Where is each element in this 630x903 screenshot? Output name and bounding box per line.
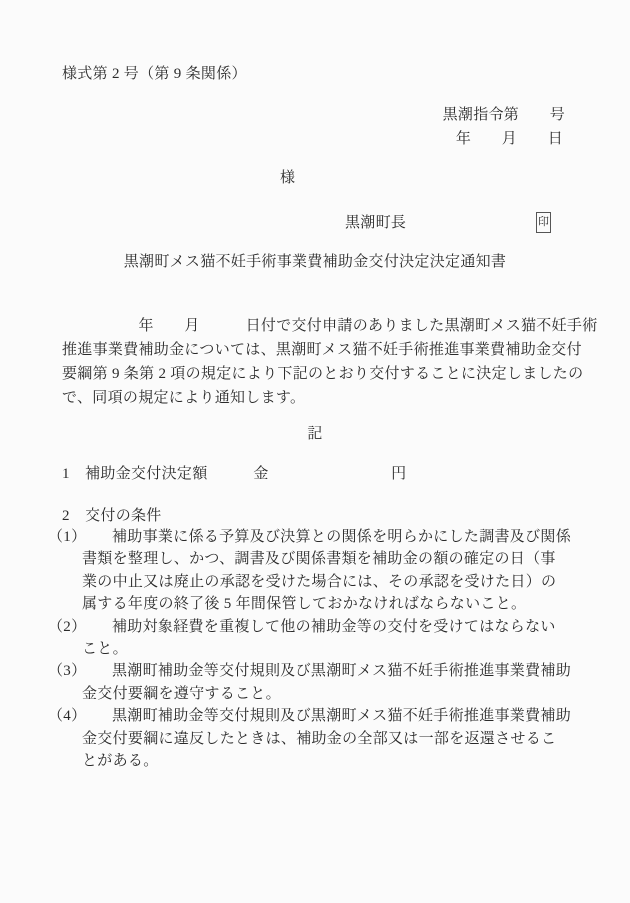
document-title: 黒潮町メス猫不妊手術事業費補助金交付決定決定通知書 (0, 252, 630, 272)
directive-number-line: 黒潮指令第 号 (443, 105, 565, 125)
addressee-honorific: 様 (280, 168, 295, 188)
condition-marker: （3） (48, 660, 95, 682)
body-line: で、同項の規定により通知します。 (62, 386, 592, 410)
body-line: 推進事業費補助金については、黒潮町メス猫不妊手術推進事業費補助金交付 (62, 338, 592, 362)
conditions-list: （1）補助事業に係る予算及び決算との関係を明らかにした調書及び関係 書類を整理し… (48, 526, 608, 772)
body-line: 要綱第 9 条第 2 項の規定により下記のとおり交付することに決定しましたの (62, 362, 592, 386)
condition-marker: （1） (48, 526, 95, 548)
item-conditions-heading: 2 交付の条件 (62, 506, 162, 526)
condition-line: 属する年度の終了後 5 年間保管しておかなければならないこと。 (82, 593, 608, 615)
form-number: 様式第 2 号（第 9 条関係） (62, 64, 247, 84)
condition-line: こと。 (82, 638, 608, 660)
sender-title: 黒潮町長 (345, 213, 406, 233)
condition-text: 黒潮町補助金等交付規則及び黒潮町メス猫不妊手術推進事業費補助 (112, 663, 571, 679)
condition-marker: （4） (48, 705, 95, 727)
condition-line: 金交付要綱を遵守すること。 (82, 683, 608, 705)
document-page: 様式第 2 号（第 9 条関係） 黒潮指令第 号 年 月 日 様 黒潮町長 印 … (0, 0, 630, 903)
condition-line: とがある。 (82, 750, 608, 772)
condition-line: （4）黒潮町補助金等交付規則及び黒潮町メス猫不妊手術推進事業費補助 (48, 705, 608, 727)
date-line: 年 月 日 (456, 129, 563, 149)
body-paragraph: 年 月 日付で交付申請のありました黒潮町メス猫不妊手術 推進事業費補助金について… (62, 314, 592, 410)
seal-stamp-box: 印 (536, 212, 551, 233)
item-grant-amount: 1 補助金交付決定額 金 円 (62, 464, 406, 484)
condition-marker: （2） (48, 616, 95, 638)
body-line: 年 月 日付で交付申請のありました黒潮町メス猫不妊手術 (62, 314, 592, 338)
condition-line: 書類を整理し、かつ、調書及び関係書類を補助金の額の確定の日（事 (82, 548, 608, 570)
seal-character: 印 (538, 217, 549, 228)
condition-line: 金交付要綱に違反したときは、補助金の全部又は一部を返還させるこ (82, 728, 608, 750)
condition-line: （1）補助事業に係る予算及び決算との関係を明らかにした調書及び関係 (48, 526, 608, 548)
condition-line: （2）補助対象経費を重複して他の補助金等の交付を受けてはならない (48, 616, 608, 638)
condition-line: 業の中止又は廃止の承認を受けた場合には、その承認を受けた日）の (82, 571, 608, 593)
condition-line: （3）黒潮町補助金等交付規則及び黒潮町メス猫不妊手術推進事業費補助 (48, 660, 608, 682)
condition-text: 黒潮町補助金等交付規則及び黒潮町メス猫不妊手術推進事業費補助 (112, 708, 571, 724)
condition-text: 補助事業に係る予算及び決算との関係を明らかにした調書及び関係 (112, 529, 571, 545)
ki-heading: 記 (0, 424, 630, 444)
condition-text: 補助対象経費を重複して他の補助金等の交付を受けてはならない (112, 619, 556, 635)
